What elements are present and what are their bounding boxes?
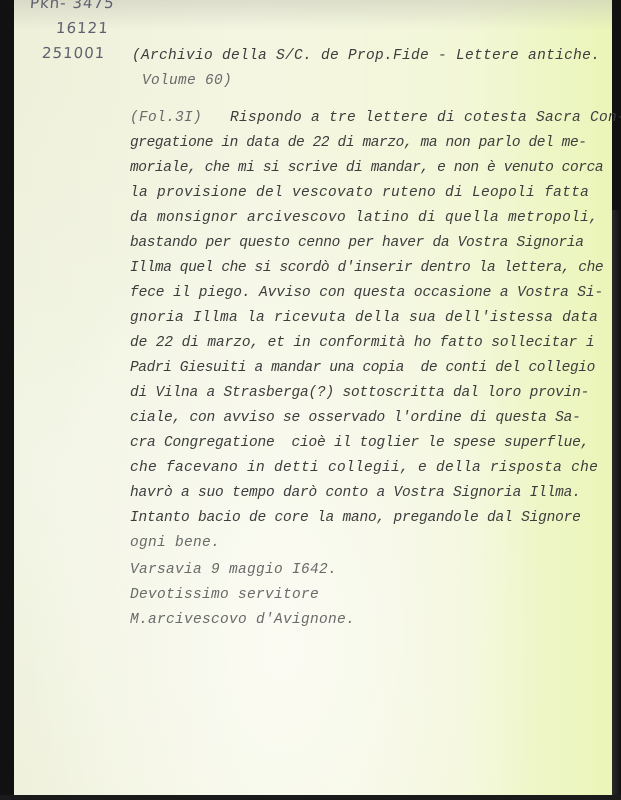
letter-line: Intanto bacio de core la mano, pregandol… — [130, 510, 581, 526]
letter-line: havrò a suo tempo darò conto a Vostra Si… — [130, 485, 581, 501]
signature: M.arcivescovo d'Avignone. — [130, 612, 355, 628]
place-and-date: Varsavia 9 maggio I642. — [130, 562, 337, 578]
letter-line: de 22 di marzo, et in conformità ho fatt… — [130, 335, 594, 351]
folio-number: (Fol.3I) — [130, 110, 202, 126]
letter-line: ciale, con avviso se osservado l'ordine … — [130, 410, 581, 426]
letter-line: di Vilna a Strasberga(?) sottoscritta da… — [130, 385, 589, 401]
letter-line: fece il piego. Avviso con questa occasio… — [130, 285, 603, 301]
letter-line: bastando per questo cenno per haver da V… — [130, 235, 584, 251]
letter-line: moriale, che mi si scrive di mandar, e n… — [130, 160, 603, 176]
archive-mark-2: 16121 — [55, 19, 109, 37]
letter-line: Illma quel che si scordò d'inserir dentr… — [130, 260, 603, 276]
letter-line: ogni bene. — [130, 535, 220, 551]
letter-line: gregatione in data de 22 di marzo, ma no… — [130, 135, 587, 151]
letter-line: cra Congregatione cioè il toglier le spe… — [130, 435, 589, 451]
letter-line: la provisione del vescovato ruteno di Le… — [130, 185, 589, 201]
archive-mark-3: 251001 — [41, 44, 106, 62]
closing-salutation: Devotissimo servitore — [130, 587, 319, 603]
source-reference-line-2: Volume 60) — [142, 73, 232, 89]
document-page: Pkn- 3475 16121 251001 (Archivio della S… — [14, 0, 612, 795]
scan-border-right — [612, 210, 621, 800]
letter-line: Rispondo a tre lettere di cotesta Sacra … — [230, 110, 621, 126]
archive-mark-1: Pkn- 3475 — [29, 0, 115, 12]
source-reference-line-1: (Archivio della S/C. de Prop.Fide - Lett… — [132, 48, 600, 64]
letter-line: che facevano in detti collegii, e della … — [130, 460, 598, 476]
letter-line: gnoria Illma la ricevuta della sua dell'… — [130, 310, 598, 326]
letter-line: da monsignor arcivescovo latino di quell… — [130, 210, 598, 226]
letter-line: Padri Giesuiti a mandar una copia de con… — [130, 360, 595, 376]
scan-border-bottom — [0, 795, 621, 800]
